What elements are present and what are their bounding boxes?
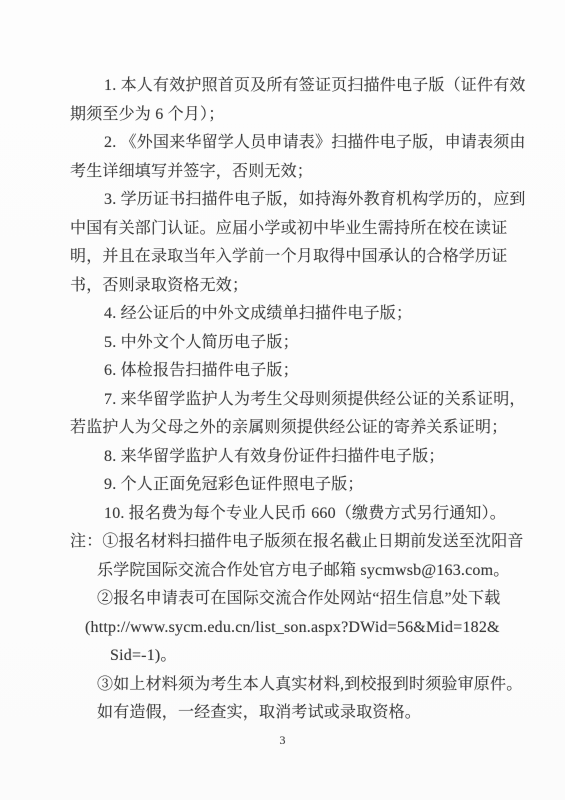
doc-line-note1-b: 乐学院国际交流合作处官方电子邮箱 sycmwsb@163.com。 — [97, 557, 522, 586]
doc-line-item9: 9. 个人正面免冠彩色证件照电子版； — [104, 471, 522, 500]
doc-line-note1-a: 注：①报名材料扫描件电子版须在报名截止日期前发送至沈阳音 — [70, 528, 522, 557]
doc-line-item3-a: 3. 学历证书扫描件电子版，如持海外教育机构学历的，应到 — [104, 186, 522, 215]
doc-line-item7-a: 7. 来华留学监护人为考生父母则须提供经公证的关系证明， — [104, 386, 522, 415]
doc-line-item1-b: 期须至少为 6 个月）； — [70, 101, 522, 130]
doc-line-item1-a: 1. 本人有效护照首页及所有签证页扫描件电子版（证件有效 — [104, 72, 522, 101]
page-number: 3 — [0, 733, 565, 747]
doc-line-item3-d: 书，否则录取资格无效； — [70, 272, 522, 301]
doc-line-item2-b: 考生详细填写并签字，否则无效； — [70, 158, 522, 187]
doc-line-item3-b: 中国有关部门认证。应届小学或初中毕业生需持所在校在读证 — [70, 215, 522, 244]
doc-line-note2-a: ②报名申请表可在国际交流合作处网站“招生信息”处下载 — [97, 585, 522, 614]
doc-line-note2-url: (http://www.sycm.edu.cn/list_son.aspx?DW… — [85, 614, 522, 643]
doc-line-item8: 8. 来华留学监护人有效身份证件扫描件电子版； — [104, 443, 522, 472]
doc-line-item4: 4. 经公证后的中外文成绩单扫描件电子版； — [104, 300, 522, 329]
doc-line-item7-b: 若监护人为父母之外的亲属则须提供经公证的寄养关系证明； — [70, 414, 522, 443]
doc-line-item6: 6. 体检报告扫描件电子版； — [104, 357, 522, 386]
doc-line-note3-a: ③如上材料须为考生本人真实材料,到校报到时须验审原件。 — [97, 671, 522, 700]
doc-line-item3-c: 明，并且在录取当年入学前一个月取得中国承认的合格学历证 — [70, 243, 522, 272]
document-body: 1. 本人有效护照首页及所有签证页扫描件电子版（证件有效 期须至少为 6 个月）… — [70, 72, 522, 728]
doc-line-note3-b: 如有造假，一经查实，取消考试或录取资格。 — [97, 699, 522, 728]
doc-line-item5: 5. 中外文个人简历电子版； — [104, 329, 522, 358]
doc-line-item10: 10. 报名费为每个专业人民币 660（缴费方式另行通知）。 — [104, 500, 522, 529]
doc-line-item2-a: 2. 《外国来华留学人员申请表》扫描件电子版，申请表须由 — [104, 129, 522, 158]
document-page: 1. 本人有效护照首页及所有签证页扫描件电子版（证件有效 期须至少为 6 个月）… — [0, 0, 565, 800]
doc-line-note2-url2: Sid=-1)。 — [110, 642, 522, 671]
